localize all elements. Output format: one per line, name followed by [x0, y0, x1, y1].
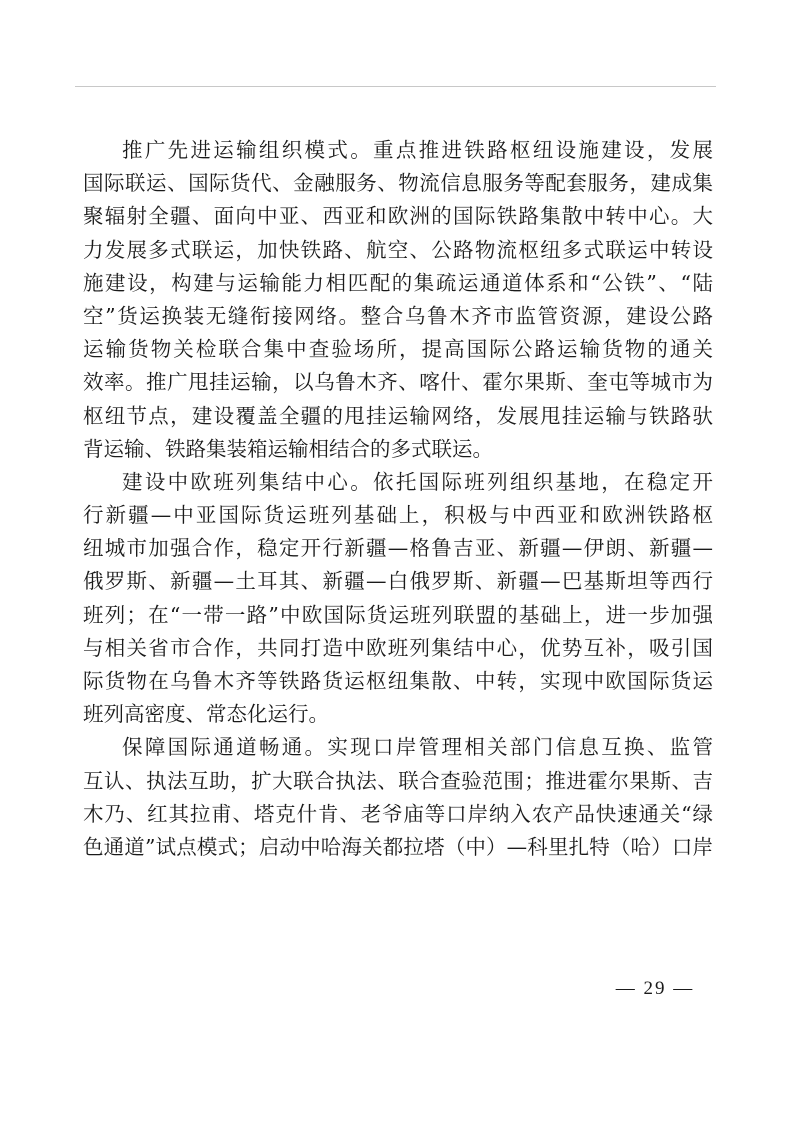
text-line: 际货物在乌鲁木齐等铁路货运枢纽集散、中转，实现中欧国际货运: [83, 665, 713, 698]
paragraph-transport-organization: 推广先进运输组织模式。重点推进铁路枢纽设施建设，发展 国际联运、国际货代、金融服…: [83, 134, 713, 466]
text-line: 班列高密度、常态化运行。: [83, 698, 713, 731]
text-line: 推广先进运输组织模式。重点推进铁路枢纽设施建设，发展: [83, 134, 713, 167]
text-line: 效率。推广甩挂运输，以乌鲁木齐、喀什、霍尔果斯、奎屯等城市为: [83, 366, 713, 399]
page-number: — 29 —: [600, 978, 710, 1000]
text-line: 枢纽节点，建设覆盖全疆的甩挂运输网络，发展甩挂运输与铁路驮: [83, 400, 713, 433]
text-line: 互认、执法互助，扩大联合执法、联合查验范围；推进霍尔果斯、吉: [83, 765, 713, 798]
text-line: 聚辐射全疆、面向中亚、西亚和欧洲的国际铁路集散中转中心。大: [83, 200, 713, 233]
text-line: 背运输、铁路集装箱运输相结合的多式联运。: [83, 433, 713, 466]
text-line: 木乃、红其拉甫、塔克什肯、老爷庙等口岸纳入农产品快速通关“绿: [83, 798, 713, 831]
text-line: 班列；在“一带一路”中欧国际货运班列联盟的基础上，进一步加强: [83, 599, 713, 632]
text-line: 保障国际通道畅通。实现口岸管理相关部门信息互换、监管: [83, 731, 713, 764]
text-line: 与相关省市合作，共同打造中欧班列集结中心，优势互补，吸引国: [83, 632, 713, 665]
text-line: 俄罗斯、新疆—土耳其、新疆—白俄罗斯、新疆—巴基斯坦等西行: [83, 565, 713, 598]
header-rule: [75, 86, 716, 87]
text-line: 建设中欧班列集结中心。依托国际班列组织基地，在稳定开: [83, 466, 713, 499]
text-line: 国际联运、国际货代、金融服务、物流信息服务等配套服务，建成集: [83, 167, 713, 200]
text-line: 力发展多式联运，加快铁路、航空、公路物流枢纽多式联运中转设: [83, 234, 713, 267]
paragraph-china-europe-train: 建设中欧班列集结中心。依托国际班列组织基地，在稳定开 行新疆—中亚国际货运班列基…: [83, 466, 713, 732]
text-line: 纽城市加强合作，稳定开行新疆—格鲁吉亚、新疆—伊朗、新疆—: [83, 532, 713, 565]
text-line: 行新疆—中亚国际货运班列基础上，积极与中西亚和欧洲铁路枢: [83, 499, 713, 532]
text-line: 运输货物关检联合集中查验场所，提高国际公路运输货物的通关: [83, 333, 713, 366]
document-body: 推广先进运输组织模式。重点推进铁路枢纽设施建设，发展 国际联运、国际货代、金融服…: [83, 134, 713, 864]
text-line: 空”货运换装无缝衔接网络。整合乌鲁木齐市监管资源，建设公路: [83, 300, 713, 333]
text-line: 色通道”试点模式；启动中哈海关都拉塔（中）—科里扎特（哈）口岸: [83, 831, 713, 864]
paragraph-international-corridor: 保障国际通道畅通。实现口岸管理相关部门信息互换、监管 互认、执法互助，扩大联合执…: [83, 731, 713, 864]
text-line: 施建设，构建与运输能力相匹配的集疏运通道体系和“公铁”、“陆: [83, 267, 713, 300]
